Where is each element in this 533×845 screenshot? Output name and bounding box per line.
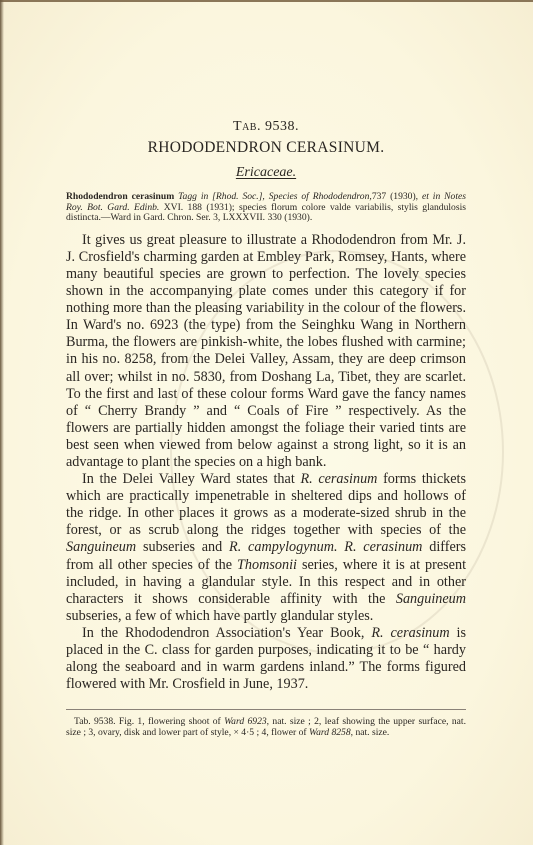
collector-number: Ward 6923: [224, 716, 267, 727]
species-italic: R. cerasinum: [344, 539, 422, 555]
ref1: 737 (1930),: [372, 191, 418, 202]
body-text: It gives us great pleasure to illustrate…: [66, 232, 466, 694]
caption-divider: [66, 709, 466, 710]
text: subseries and: [136, 539, 229, 555]
species-italic: R. cerasinum: [300, 471, 377, 487]
text: Tab. 9538. Fig. 1, flowering shoot of: [74, 716, 224, 727]
subseries-italic: Sanguineum: [66, 539, 136, 555]
collector-number: Ward 8258: [309, 727, 351, 738]
page-title: RHODODENDRON CERASINUM.: [66, 138, 466, 158]
plate-caption: Tab. 9538. Fig. 1, flowering shoot of Wa…: [66, 716, 466, 738]
paragraph-3: In the Rhododendron Association's Year B…: [66, 625, 466, 693]
paragraph-2: In the Delei Valley Ward states that R. …: [66, 471, 466, 625]
text: , nat. size.: [351, 727, 390, 738]
species-name: Rhododendron cerasinum: [66, 191, 174, 202]
page-top-edge: [0, 0, 533, 2]
text: In the Delei Valley Ward states that: [82, 471, 300, 487]
family-name: Ericaceae.: [66, 164, 466, 182]
page: Tab. 9538. RHODODENDRON CERASINUM. Erica…: [0, 0, 533, 845]
plate-number: Tab. 9538.: [66, 118, 466, 136]
document-content: Tab. 9538. RHODODENDRON CERASINUM. Erica…: [66, 118, 466, 738]
synonymy-citation: Rhododendron cerasinum Tagg in [Rhod. So…: [66, 192, 466, 224]
text: In the Rhododendron Association's Year B…: [82, 625, 371, 641]
species-italic: R. cerasinum: [371, 625, 449, 641]
subseries-italic: Sanguineum: [396, 591, 466, 607]
series-italic: Thomsonii: [237, 557, 297, 573]
paragraph-text: It gives us great pleasure to illustrate…: [66, 232, 466, 470]
paragraph-1: It gives us great pleasure to illustrate…: [66, 232, 466, 471]
page-left-edge: [0, 0, 4, 845]
text: subseries, a few of which have partly gl…: [66, 608, 373, 624]
authority: Tagg in [Rhod. Soc.], Species of Rhodode…: [178, 191, 372, 202]
species-italic: R. campylogynum.: [229, 539, 337, 555]
